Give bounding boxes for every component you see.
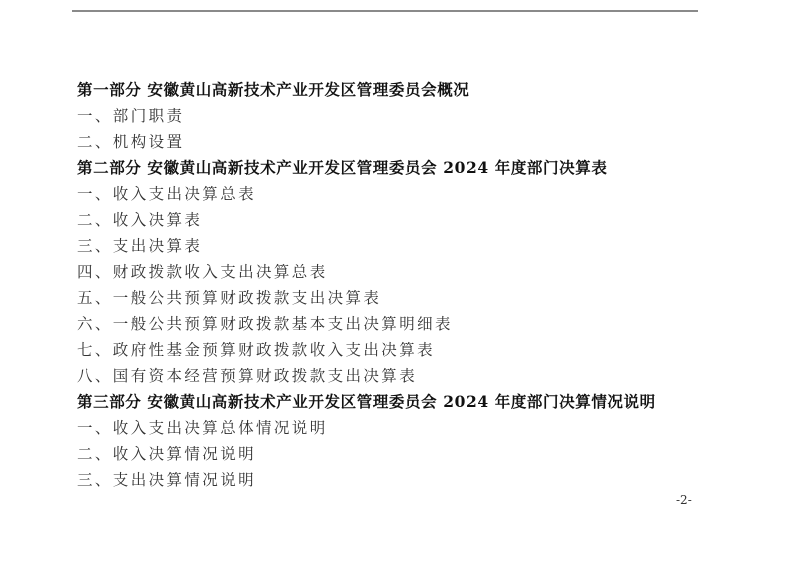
toc-item: 五、一般公共预算财政拨款支出决算表 <box>77 285 656 311</box>
toc-item: 二、收入决算表 <box>77 207 656 233</box>
toc-part-3: 第三部分 安徽黄山高新技术产业开发区管理委员会 2024 年度部门决算情况说明 <box>77 389 656 415</box>
toc-item: 三、支出决算情况说明 <box>77 467 656 493</box>
toc-item: 二、机构设置 <box>77 129 656 155</box>
page-number: -2- <box>676 493 692 507</box>
header-rule <box>72 10 698 12</box>
toc-item: 六、一般公共预算财政拨款基本支出决算明细表 <box>77 311 656 337</box>
toc-item: 一、收入支出决算总体情况说明 <box>77 415 656 441</box>
toc-part-2: 第二部分 安徽黄山高新技术产业开发区管理委员会 2024 年度部门决算表 <box>77 155 656 181</box>
table-of-contents: 第一部分 安徽黄山高新技术产业开发区管理委员会概况 一、部门职责 二、机构设置 … <box>77 77 656 493</box>
toc-item: 七、政府性基金预算财政拨款收入支出决算表 <box>77 337 656 363</box>
toc-part-1: 第一部分 安徽黄山高新技术产业开发区管理委员会概况 <box>77 77 656 103</box>
toc-item: 二、收入决算情况说明 <box>77 441 656 467</box>
toc-item: 三、支出决算表 <box>77 233 656 259</box>
toc-item: 八、国有资本经营预算财政拨款支出决算表 <box>77 363 656 389</box>
toc-item: 一、收入支出决算总表 <box>77 181 656 207</box>
toc-item: 一、部门职责 <box>77 103 656 129</box>
toc-item: 四、财政拨款收入支出决算总表 <box>77 259 656 285</box>
